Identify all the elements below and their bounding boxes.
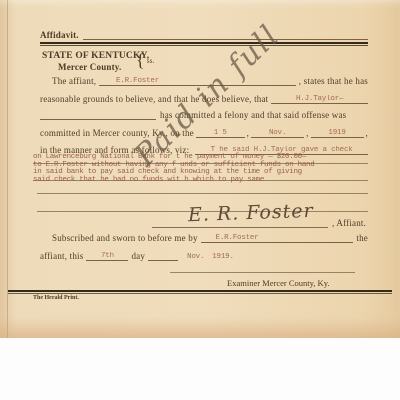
examiner-title: Examiner Mercer County, Ky.	[227, 278, 330, 288]
accused-name-field: H.J.Taylor—	[271, 92, 368, 104]
sworn-blank-field	[148, 250, 178, 261]
document-title-row: Affidavit.	[40, 29, 368, 40]
day-field: 1 5	[196, 126, 245, 138]
sworn2-pre-text: affiant, this	[40, 251, 83, 261]
county-caption: Mercer County.	[58, 62, 121, 72]
month-field: Nov.	[251, 126, 304, 138]
affiant-line-pre: The affiant,	[52, 76, 96, 86]
year-typed: 1919	[328, 129, 345, 137]
form-rule-3	[37, 193, 368, 194]
day-word: day	[131, 251, 145, 261]
ss-label: ss.	[147, 57, 155, 65]
examiner-signature-line	[170, 272, 355, 273]
comma-3: ,	[366, 128, 368, 138]
comma-2: ,	[306, 128, 308, 138]
body-typed-line: said check that he had no funds wit h wh…	[33, 177, 373, 184]
scanned-affidavit-document: Affidavit. STATE OF KENTUCKY, Mercer Cou…	[0, 0, 400, 400]
bottom-double-rule-1	[8, 290, 392, 292]
state-caption: STATE OF KENTUCKY,	[42, 51, 149, 61]
sworn-name-typed: E.R.Foster	[216, 234, 259, 242]
blank-field	[40, 109, 156, 120]
sworn-name-field: E.R.Foster	[201, 231, 354, 243]
signature-line	[152, 227, 328, 228]
sworn-month-typed: Nov.	[187, 253, 204, 261]
affiant-name-typed: E.R.Foster	[116, 77, 159, 85]
top-double-rule-1	[40, 42, 368, 44]
believe-text: reasonable grounds to believe, and that …	[40, 94, 268, 104]
sworn-the-text: the	[356, 233, 368, 243]
affiant-signature-handwriting: E. R. Foster	[188, 200, 314, 226]
accused-name-typed: H.J.Taylor—	[296, 95, 343, 103]
comma-1: ,	[247, 128, 249, 138]
year-field: 1919	[311, 126, 364, 138]
sworn-day-field: 7th	[86, 249, 128, 261]
sworn-day-typed: 7th	[101, 252, 114, 260]
sworn-year-typed: 1919.	[212, 253, 234, 261]
day-typed: 1 5	[214, 129, 227, 137]
title-rule-line	[83, 29, 368, 40]
printer-imprint: The Herald Print.	[33, 295, 79, 301]
affiant-suffix: , Affiant.	[332, 218, 366, 228]
state-name: STATE OF KENTUCKY,	[42, 51, 149, 61]
date-line: committed in Mercer county, Ky., on the …	[40, 126, 368, 138]
brace-glyph: {	[136, 50, 145, 71]
sworn-line-2: affiant, this 7th day Nov. 1919.	[40, 249, 234, 261]
sworn-line-1: Subscribed and sworn to before me by E.R…	[52, 231, 368, 243]
affiant-line-post: , states that he has	[299, 76, 368, 86]
sworn-pre-text: Subscribed and sworn to before me by	[52, 233, 198, 243]
paper-bottom-shading	[0, 318, 400, 338]
paper-left-edge	[7, 0, 8, 338]
top-double-rule-2	[40, 45, 368, 46]
affiant-suffix-row: , Affiant.	[332, 218, 366, 228]
document-title: Affidavit.	[40, 30, 79, 40]
venue-brace-group: { ss.	[136, 50, 155, 71]
month-typed: Nov.	[269, 129, 286, 137]
county-name: Mercer County.	[58, 62, 121, 72]
